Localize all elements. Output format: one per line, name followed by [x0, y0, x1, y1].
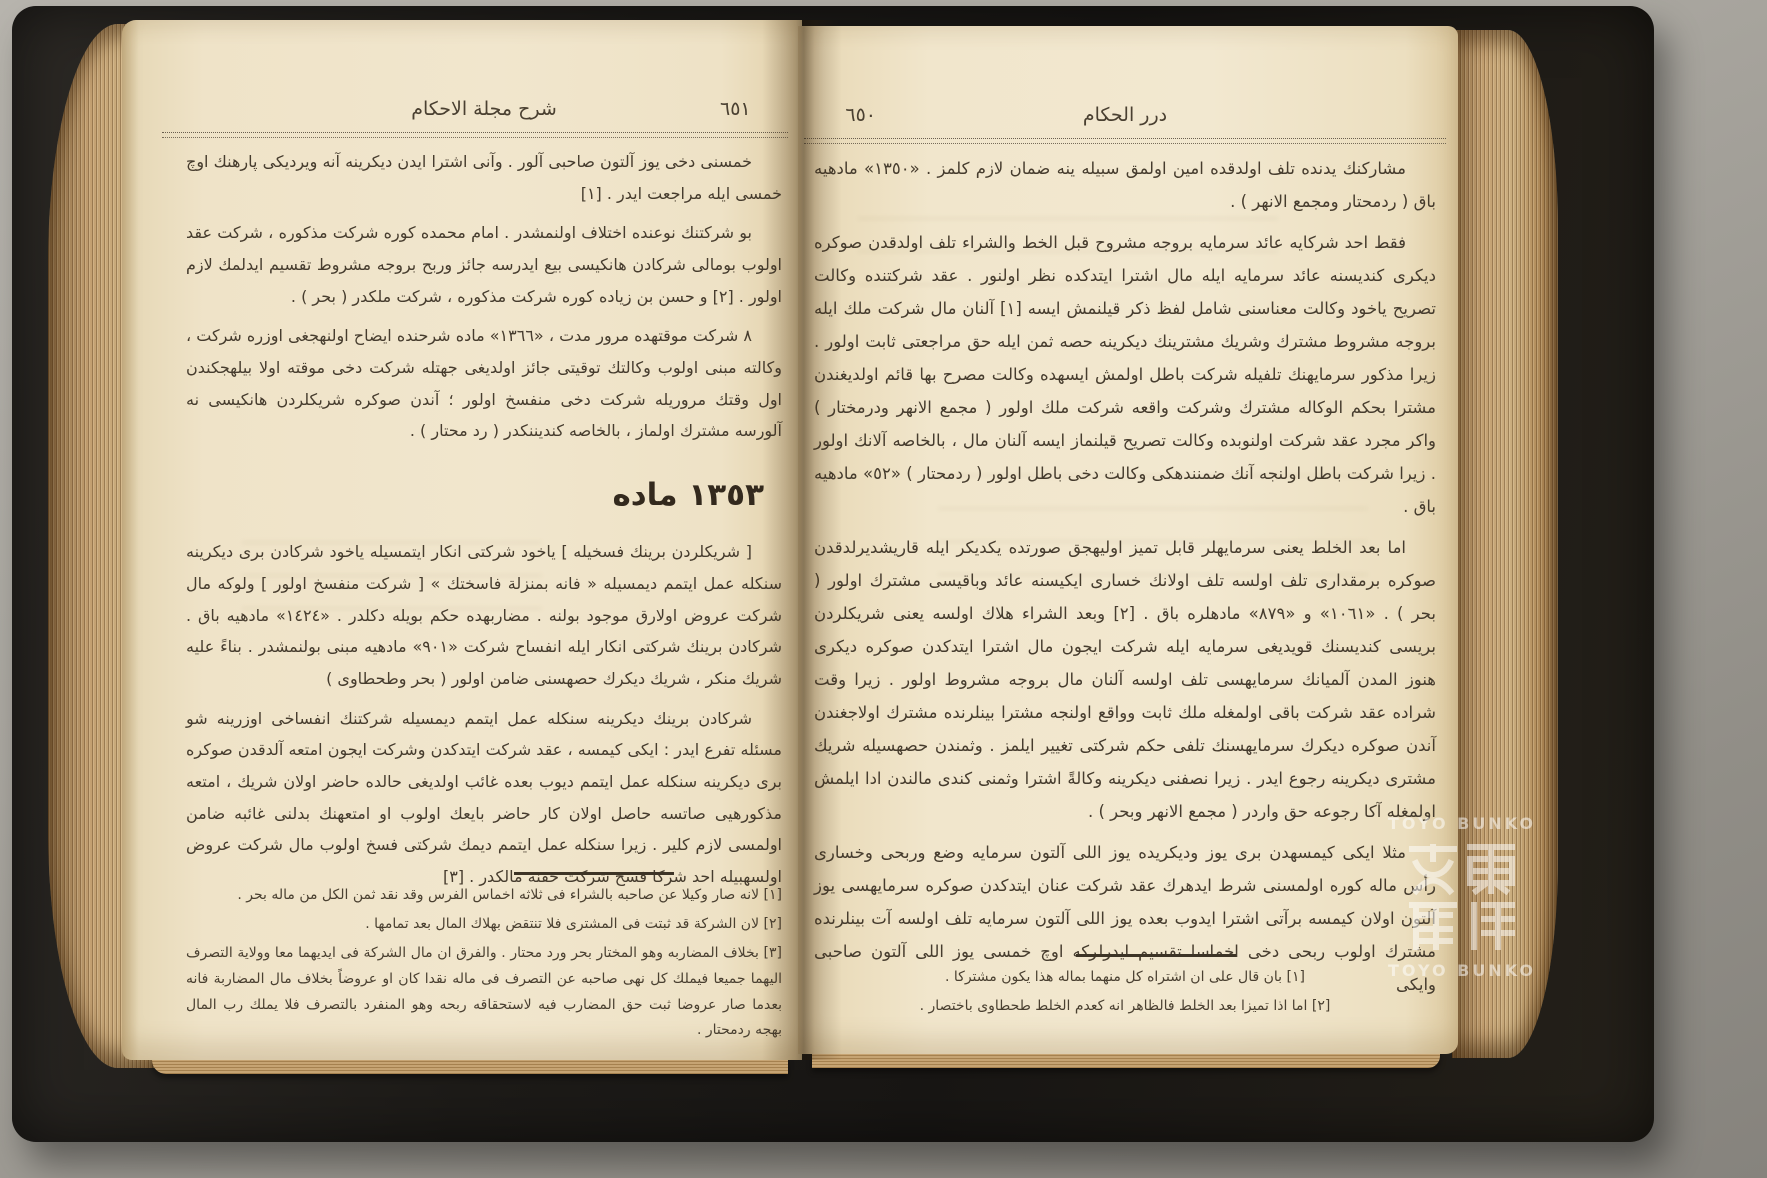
footnote: [١] لانه صار وكيلا عن صاحبه بالشراء فى ث…: [186, 883, 782, 909]
right-page-content: درر الحكام ٦٥٠ مشاركنك يدنده تلف اولدقده…: [798, 26, 1458, 1054]
footnote: [٢] لان الشركة قد ثبتت فى المشترى فلا تن…: [186, 912, 782, 938]
body-paragraph: مشاركنك يدنده تلف اولدقده امين اولمق سبي…: [814, 152, 1436, 218]
left-page-content: ٦٥١ شرح مجلة الاحكام خمسنى دخى يوز آلتون…: [122, 20, 802, 1060]
footnote: [١] بان قال على ان اشتراه كل منهما بماله…: [814, 965, 1436, 991]
left-page: ٦٥١ شرح مجلة الاحكام خمسنى دخى يوز آلتون…: [122, 20, 802, 1060]
page-number: ٦٥٠: [812, 104, 902, 126]
watermark-text-top: TOYO BUNKO: [1388, 814, 1536, 833]
body-paragraph: شركادن برينك ديكرينه سنكله عمل ايتمم ديم…: [186, 703, 782, 893]
right-footnotes: [١] بان قال على ان اشتراه كل منهما بماله…: [814, 954, 1436, 1023]
right-page: درر الحكام ٦٥٠ مشاركنك يدنده تلف اولدقده…: [798, 26, 1458, 1054]
footnote: [٢] اما اذا تميزا بعد الخلط فالظاهر انه …: [814, 994, 1436, 1020]
toyo-bunko-seal-icon: [1404, 839, 1520, 955]
body-paragraph: [ شريكلردن برينك فسخيله ] ياخود شركتى ان…: [186, 536, 782, 694]
footnote: [٣] بخلاف المضاربه وهو المختار بحر ورد م…: [186, 941, 782, 1045]
running-title: درر الحكام: [902, 104, 1348, 126]
header-rule: [804, 138, 1446, 144]
left-body-text: خمسنى دخى يوز آلتون صاحبى آلور . وآنى اش…: [186, 146, 782, 872]
running-title: شرح مجلة الاحكام: [276, 98, 692, 120]
body-paragraph: بو شركتنك نوعنده اختلاف اولنمشدر . امام …: [186, 217, 782, 312]
body-paragraph: خمسنى دخى يوز آلتون صاحبى آلور . وآنى اش…: [186, 146, 782, 209]
body-paragraph: فقط احد شركايه عائد سرمايه بروجه مشروح ق…: [814, 226, 1436, 523]
body-paragraph: اما بعد الخلط يعنى سرمايهلر قابل تميز او…: [814, 531, 1436, 828]
article-heading: ١٣٥٣ ماده: [186, 455, 782, 536]
left-running-head: ٦٥١ شرح مجلة الاحكام: [186, 98, 782, 120]
right-running-head: درر الحكام ٦٥٠: [812, 104, 1438, 126]
left-footnotes: [١] لانه صار وكيلا عن صاحبه بالشراء فى ث…: [186, 872, 782, 1047]
watermark-text-bottom: TOYO BUNKO: [1388, 961, 1536, 980]
page-number: ٦٥١: [692, 98, 782, 120]
header-rule: [162, 132, 788, 138]
body-paragraph: ٨ شركت موقتهده مرور مدت ، «١٣٦٦» ماده شر…: [186, 320, 782, 447]
footnote-rule: [514, 872, 674, 875]
right-body-text: مشاركنك يدنده تلف اولدقده امين اولمق سبي…: [814, 152, 1436, 958]
footnote-rule: [1076, 954, 1236, 957]
watermark: TOYO BUNKO TOYO BUNKO: [1388, 814, 1536, 980]
